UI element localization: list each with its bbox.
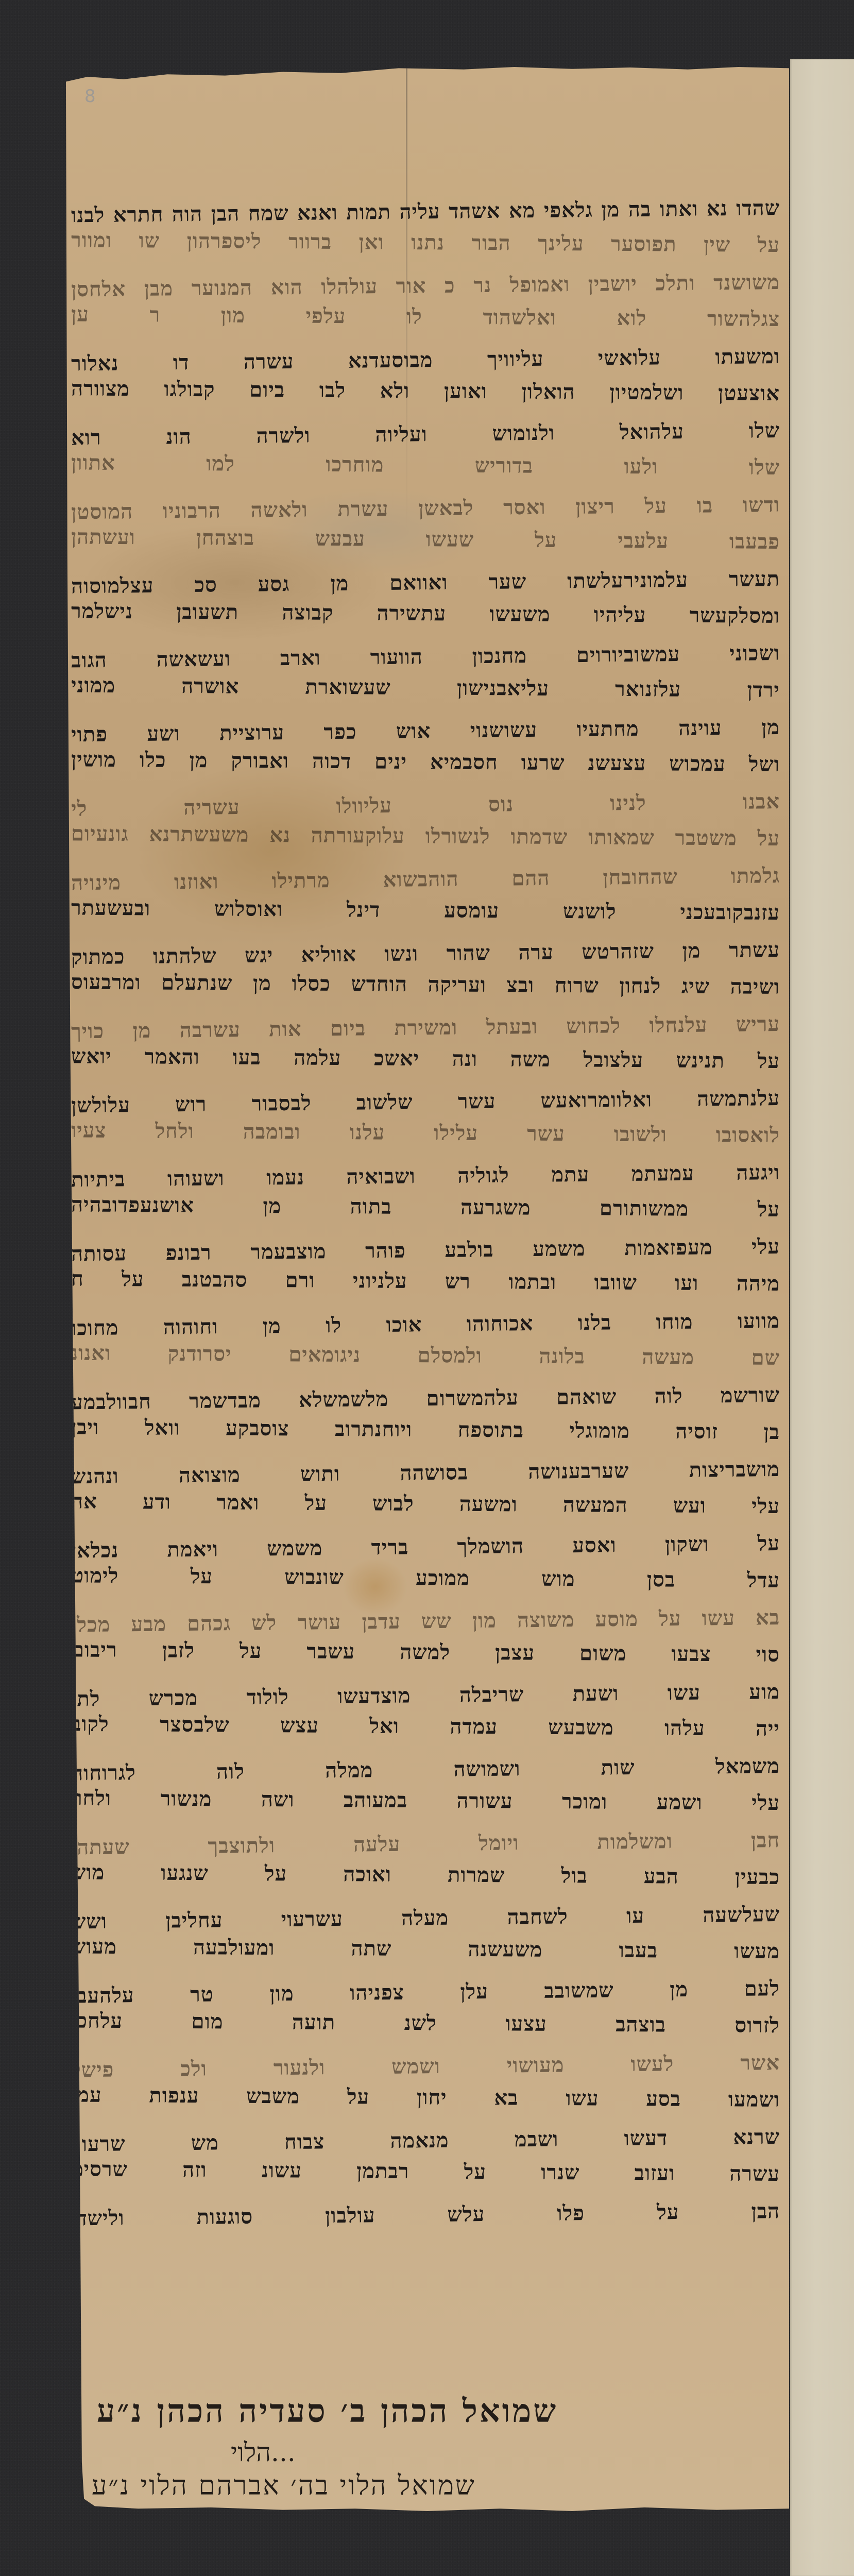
manuscript-leaf: 8 שהדו נא ואתו בה מן גלאפי מא אשהד עליה … — [66, 67, 789, 2511]
text-line: ייה עלהו משבעש עמדה ואל עצש שלבסצר לקוב — [71, 1705, 780, 1748]
signature-3: שמואל הלוי בה׳ אברהם הלוי נ״ע — [87, 2468, 635, 2504]
manuscript-text: שהדו נא ואתו בה מן גלאפי מא אשהד עליה תמ… — [71, 190, 780, 2230]
text-line: ירדן עלזנואר עליאבנישון שעשוארת אושרה ממ… — [71, 667, 780, 709]
text-line: הבן על פלו עלש עולבון סוגעות ולישדי — [71, 2193, 780, 2237]
text-line: צגלהשור לוא ואלשהוד לו עלפי מון ר ען — [71, 296, 780, 338]
text-line: על תנינש עלצובל משה ונה יאשכ עלמה בעו וה… — [71, 1038, 780, 1080]
text-line: עלי ועש המעשה ומשעה לבוש על ואמר ודע אה — [71, 1483, 780, 1525]
text-line: מעשו בעבו משעשנה שתה ומעולבעה מעוש — [71, 1928, 780, 1970]
text-line: על ממשותורם משגרעה בתוה מן אושנעפדובהיה — [71, 1186, 780, 1228]
text-line: אוצעטן ושלמטיון הואלון ואוען ולא לבו ביו… — [71, 370, 780, 412]
text-line: שם מעשה בלונה ולמסלם ניגומאים יסרודנק וא… — [71, 1334, 780, 1377]
text-line: לזרוס בוצהב עצעו לשנ תועה מום עלחכי — [71, 2002, 780, 2044]
text-line: כבעין הבע בול שמרות ואוכה על שנגעו מוש — [71, 1854, 780, 1896]
text-line: לואסובו ולשובו עשר עלילו עלנו ובומבה ולח… — [71, 1112, 780, 1154]
text-line: סוי צבעו משום עצבן למשה עשבר על לזבן ריב… — [71, 1631, 780, 1673]
text-line: שלו ולעו בדוריש מוחרכו למו אתוון — [71, 444, 780, 486]
text-line: מיהה ועו שוובו ובתמו רש עלניוני ורם סהבט… — [71, 1260, 780, 1302]
text-line: בן זוסיה מומוגלי בתוספח ויוחנתרוב צוסבקע… — [71, 1409, 780, 1451]
text-line: ושיבה שיג לנחון שרוח ובצ ועריקה הוחדש כס… — [71, 963, 780, 1006]
text-line: ושמעו בסע עשו בא יחון על משבש ענפות עמן — [71, 2076, 780, 2119]
text-line: עלי ושמע ומוכר עשורה במעוהב ושה מנשור ול… — [71, 1780, 780, 1822]
text-line: פבעבו עלעבי על שעשו עבעש בוצהחן ועשתהן — [71, 518, 780, 561]
text-line: ומסלקעשר עליהיו משעשו עתשירה קבוצה תשעוב… — [71, 592, 780, 635]
folio-number: 8 — [84, 88, 96, 105]
text-line: על שין תפוסער עלינך הבור נתנו ואן ברוור … — [71, 222, 780, 264]
signatures: שמואל הכהן ב׳ סעדיה הכהן נ״ע ...הלוי שמו… — [87, 2385, 635, 2504]
signature-2: ...הלוי — [87, 2437, 635, 2468]
text-line: על משטבר שמאותו שדמתו לנשורלו עלוקעורתה … — [71, 815, 780, 857]
text-line: עדל בסן מוש ממוכע שונבוש על לימוט — [71, 1557, 780, 1599]
text-line: עשרה ועזוב שנרו על רבתמן עשונ וזה שרסימ — [71, 2150, 780, 2193]
signature-1: שמואל הכהן ב׳ סעדיה הכהן נ״ע — [87, 2385, 635, 2437]
text-line: עזנבקובעכני לושנש עומסע דינל ואוסלוש ובע… — [71, 889, 780, 931]
mount-board — [790, 59, 854, 2576]
text-line: ושל עמכוש עצעשנ שרעו חסבמיא ינים דכוה וא… — [71, 741, 780, 783]
